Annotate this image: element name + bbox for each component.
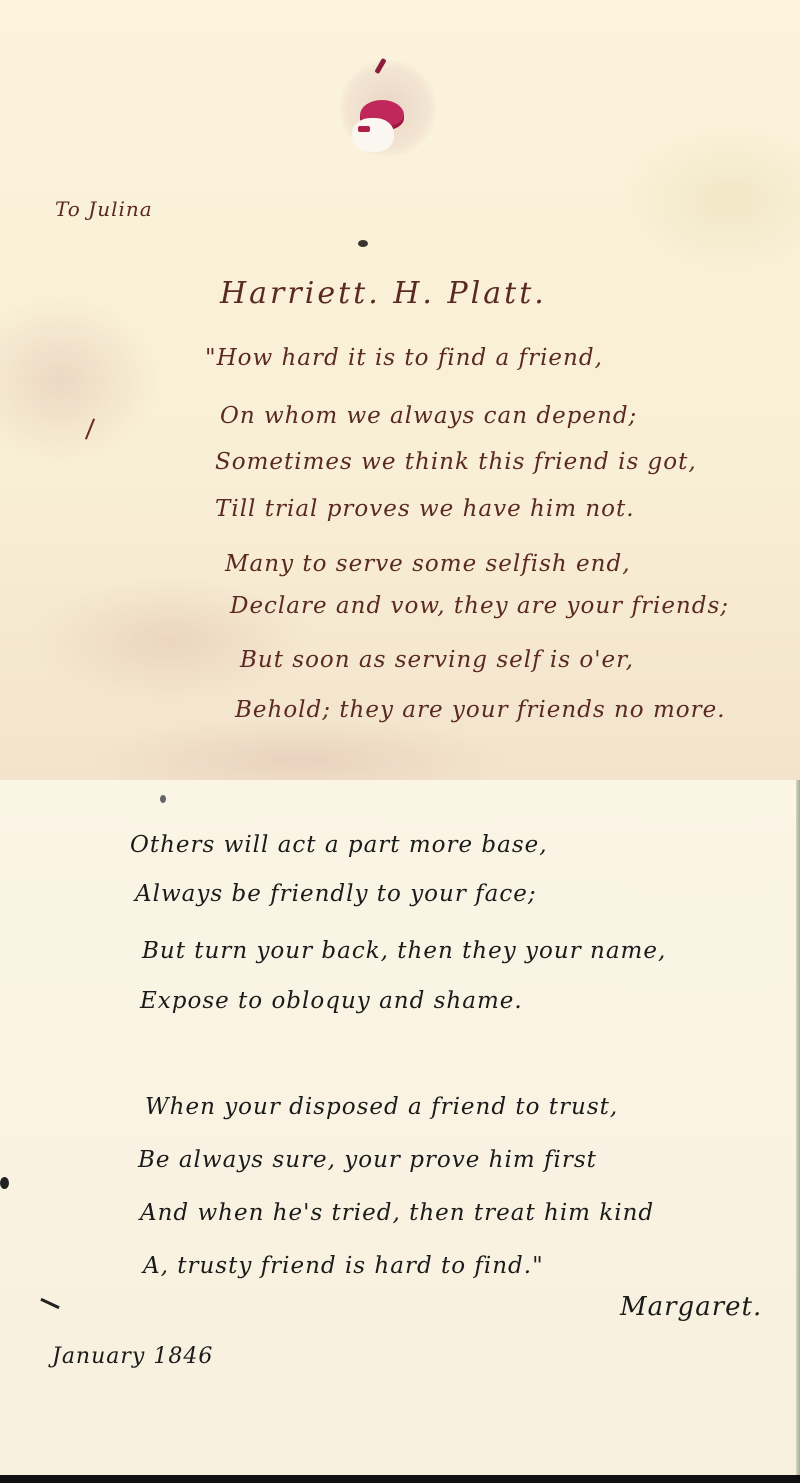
upper-album-page: To Julina Harriett. H. Platt. "How hard … [0, 0, 800, 780]
scan-bottom-edge [0, 1475, 800, 1483]
verse-line: But soon as serving self is o'er, [240, 647, 634, 673]
dedication: To Julina [55, 197, 153, 221]
verse-line: Declare and vow, they are your friends; [230, 593, 729, 619]
verse-line: Behold; they are your friends no more. [235, 697, 726, 723]
seal-wax-fragment [358, 126, 370, 132]
verse-line: Till trial proves we have him not. [215, 496, 635, 522]
verse-line: On whom we always can depend; [220, 403, 637, 429]
verse-line: And when he's tried, then treat him kind [140, 1200, 654, 1226]
author-name-heading: Harriett. H. Platt. [220, 276, 547, 311]
verse-line: Others will act a part more base, [130, 832, 548, 858]
verse-line: Many to serve some selfish end, [225, 551, 631, 577]
margin-pen-mark [85, 418, 95, 439]
seal-paper-chip [352, 118, 394, 152]
signature: Margaret. [620, 1292, 762, 1322]
ink-blot-icon [358, 240, 368, 247]
verse-line: "How hard it is to find a friend, [205, 345, 603, 371]
verse-line: When your disposed a friend to trust, [145, 1094, 618, 1120]
date: January 1846 [52, 1344, 213, 1369]
edge-ink-blot-icon [0, 1177, 9, 1189]
verse-line: But turn your back, then they your name, [142, 938, 666, 964]
lower-album-page: Others will act a part more base, Always… [0, 780, 800, 1475]
verse-line: Expose to obloquy and shame. [140, 988, 523, 1014]
ink-spot-icon [160, 795, 166, 803]
verse-line: Be always sure, your prove him first [138, 1147, 597, 1173]
verse-line: Always be friendly to your face; [135, 881, 537, 907]
verse-line: Sometimes we think this friend is got, [215, 449, 697, 475]
verse-line: A, trusty friend is hard to find." [143, 1253, 544, 1279]
